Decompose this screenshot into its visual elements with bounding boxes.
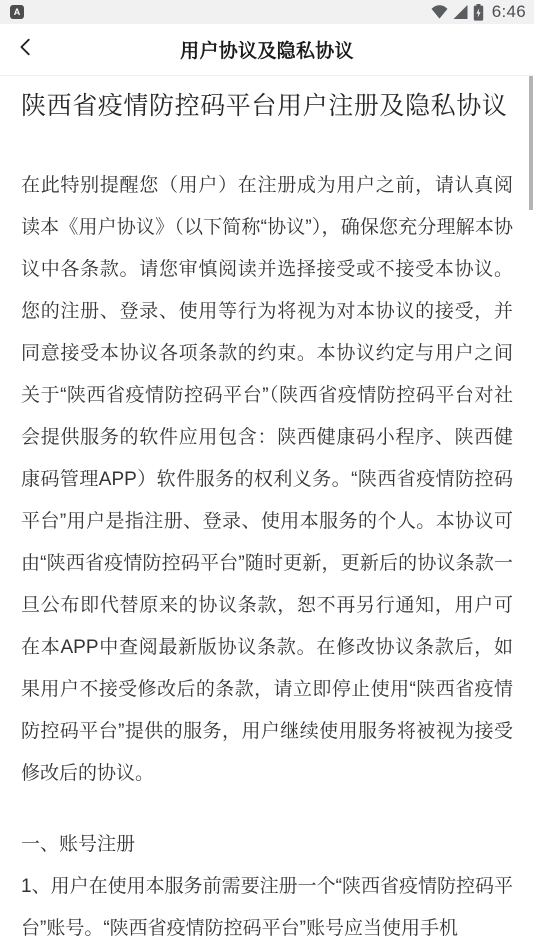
agreement-paragraph: 在此特别提醒您（用户）在注册成为用户之前，请认真阅读本《用户协议》（以下简称“协… <box>21 165 513 795</box>
section-heading-account-registration: 一、账号注册 <box>21 824 513 866</box>
agreement-paragraph: 1、用户在使用本服务前需要注册一个“陕西省疫情防控码平台”账号。“陕西省疫情防控… <box>21 866 513 950</box>
clock-time: 6:46 <box>492 2 526 22</box>
status-bar-left: A <box>10 5 24 19</box>
status-bar: A 6:46 <box>0 0 534 24</box>
notification-app-icon: A <box>10 5 24 19</box>
app-screen: A 6:46 <box>0 0 534 950</box>
document-heading: 陕西省疫情防控码平台用户注册及隐私协议 <box>21 88 513 124</box>
back-chevron-icon <box>15 36 37 63</box>
status-bar-right: 6:46 <box>431 2 526 22</box>
page-title: 用户协议及隐私协议 <box>180 36 354 63</box>
wifi-icon <box>431 5 448 19</box>
scrollbar-thumb[interactable] <box>529 76 533 210</box>
cellular-signal-icon <box>453 5 468 19</box>
nav-bar: 用户协议及隐私协议 <box>0 24 534 76</box>
back-button[interactable] <box>12 36 40 64</box>
agreement-content: 陕西省疫情防控码平台用户注册及隐私协议 在此特别提醒您（用户）在注册成为用户之前… <box>0 76 534 950</box>
battery-charging-icon <box>473 4 484 21</box>
